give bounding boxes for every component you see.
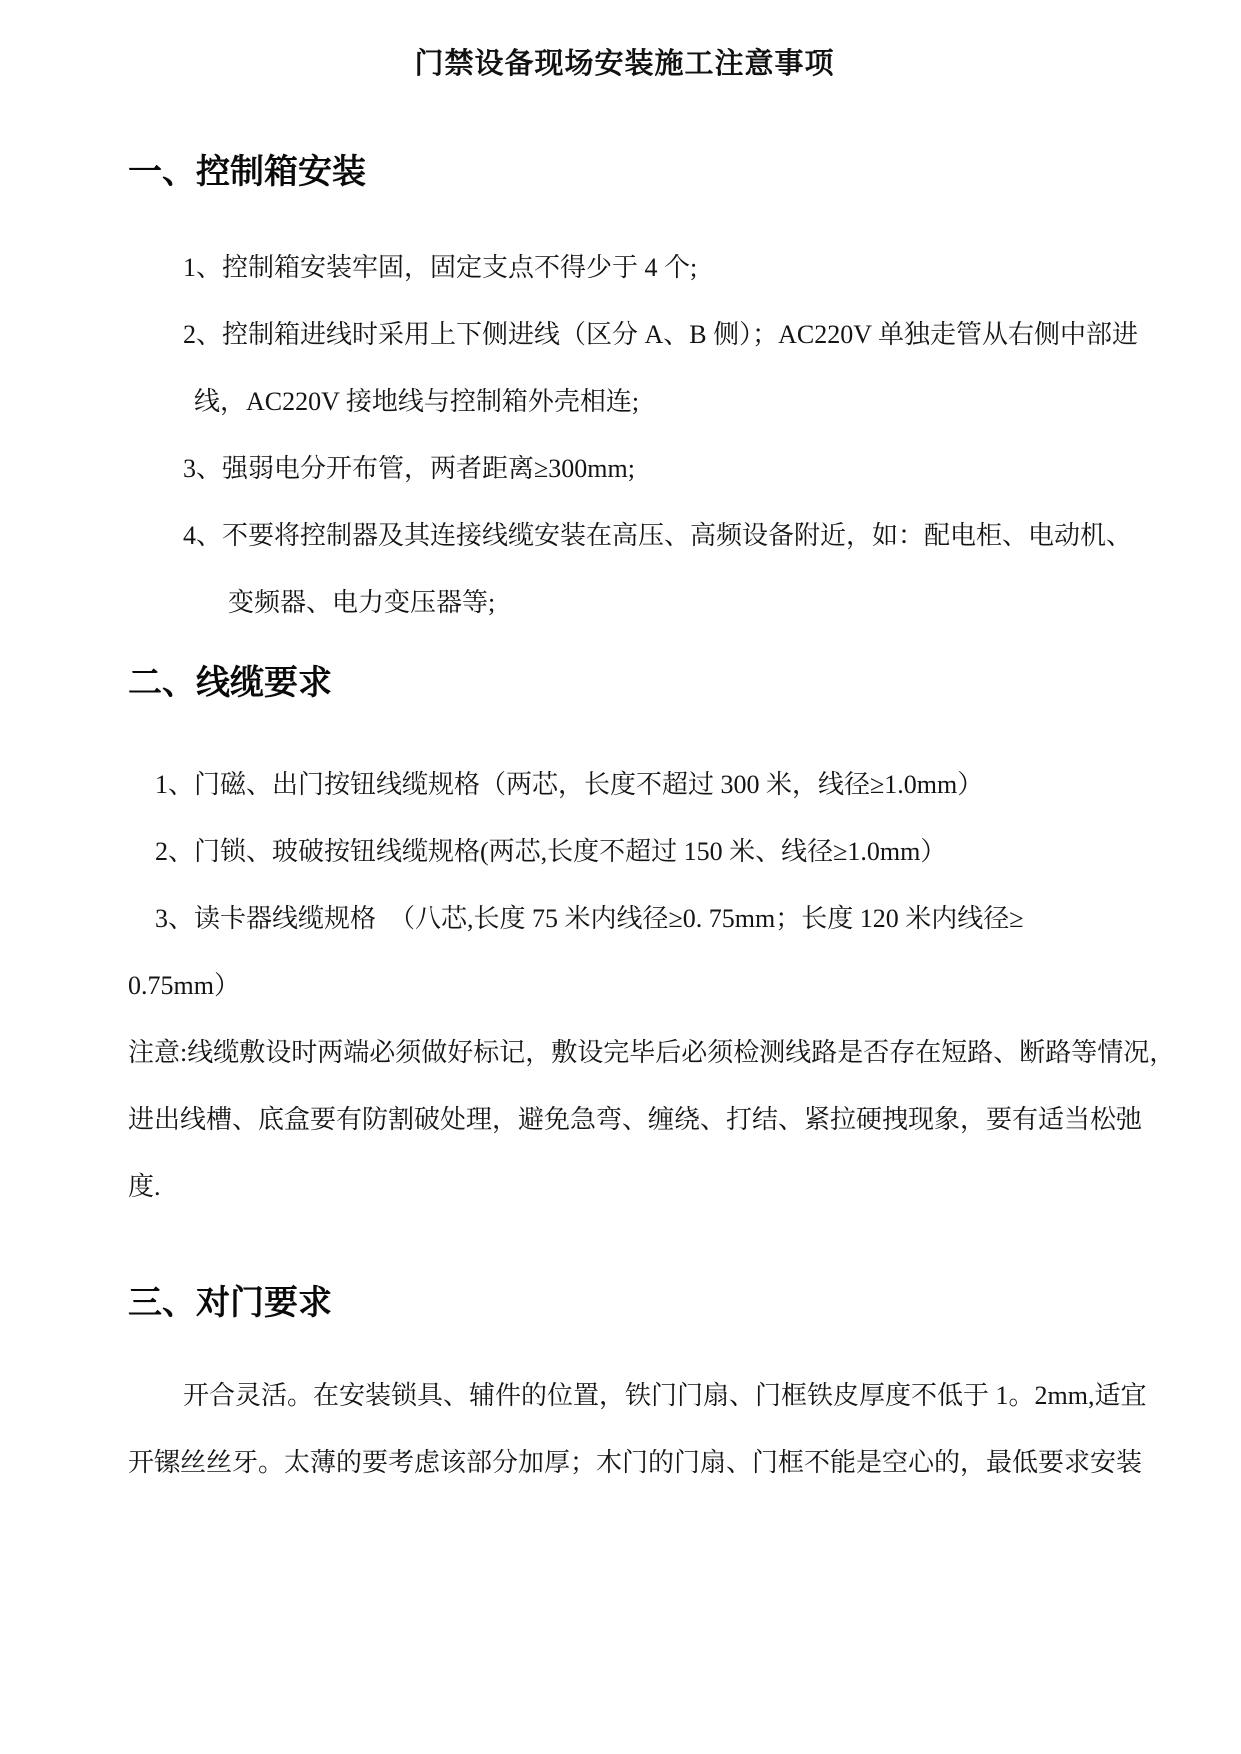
section-2-body: 1、门磁、出门按钮线缆规格（两芯，长度不超过 300 米，线径≥1.0mm） 2… bbox=[128, 751, 1121, 1220]
list-item-1-4-line-2: 变频器、电力变压器等; bbox=[128, 569, 1121, 636]
list-item-2-2: 2、门锁、玻破按钮线缆规格(两芯,长度不超过 150 米、线径≥1.0mm） bbox=[128, 818, 1121, 885]
section-1-body: 1、控制箱安装牢固，固定支点不得少于 4 个; 2、控制箱进线时采用上下侧进线（… bbox=[128, 234, 1121, 636]
document-page: 门禁设备现场安装施工注意事项 一、控制箱安装 1、控制箱安装牢固，固定支点不得少… bbox=[0, 0, 1241, 1754]
document-title: 门禁设备现场安装施工注意事项 bbox=[128, 40, 1121, 88]
list-item-1-4-line-1: 4、不要将控制器及其连接线缆安装在高压、高频设备附近，如：配电柜、电动机、 bbox=[128, 502, 1121, 569]
section-3-body: 开合灵活。在安装锁具、辅件的位置，铁门门扇、门框铁皮厚度不低于 1。2mm,适宜… bbox=[128, 1362, 1121, 1496]
list-item-2-1: 1、门磁、出门按钮线缆规格（两芯，长度不超过 300 米，线径≥1.0mm） bbox=[128, 751, 1121, 818]
section-heading-1: 一、控制箱安装 bbox=[128, 148, 1121, 196]
section-cable-requirements: 二、线缆要求 1、门磁、出门按钮线缆规格（两芯，长度不超过 300 米，线径≥1… bbox=[128, 659, 1121, 1220]
paragraph-line-2: 开镙丝丝牙。太薄的要考虑该部分加厚；木门的门扇、门框不能是空心的，最低要求安装 bbox=[128, 1429, 1121, 1496]
list-item-1-3: 3、强弱电分开布管，两者距离≥300mm; bbox=[128, 435, 1121, 502]
section-heading-2: 二、线缆要求 bbox=[128, 659, 1121, 707]
note-line-1: 注意:线缆敷设时两端必须做好标记，敷设完毕后必须检测线路是否存在短路、断路等情况… bbox=[128, 1019, 1121, 1086]
section-door-requirements: 三、对门要求 开合灵活。在安装锁具、辅件的位置，铁门门扇、门框铁皮厚度不低于 1… bbox=[128, 1279, 1121, 1496]
section-control-box: 一、控制箱安装 1、控制箱安装牢固，固定支点不得少于 4 个; 2、控制箱进线时… bbox=[128, 148, 1121, 636]
list-item-1-2-line-2: 线，AC220V 接地线与控制箱外壳相连; bbox=[128, 368, 1121, 435]
list-item-1-2-line-1: 2、控制箱进线时采用上下侧进线（区分 A、B 侧）；AC220V 单独走管从右侧… bbox=[128, 301, 1121, 368]
section-heading-3: 三、对门要求 bbox=[128, 1279, 1121, 1327]
note-line-2: 进出线槽、底盒要有防割破处理，避免急弯、缠绕、打结、紧拉硬拽现象，要有适当松弛 bbox=[128, 1086, 1121, 1153]
list-item-2-3-line-1: 3、读卡器线缆规格 （八芯,长度 75 米内线径≥0. 75mm；长度 120 … bbox=[128, 885, 1121, 952]
list-item-1-1: 1、控制箱安装牢固，固定支点不得少于 4 个; bbox=[128, 234, 1121, 301]
paragraph-line-1: 开合灵活。在安装锁具、辅件的位置，铁门门扇、门框铁皮厚度不低于 1。2mm,适宜 bbox=[128, 1362, 1121, 1429]
list-item-2-3-line-2: 0.75mm） bbox=[128, 952, 1121, 1019]
note-line-3: 度. bbox=[128, 1153, 1121, 1220]
